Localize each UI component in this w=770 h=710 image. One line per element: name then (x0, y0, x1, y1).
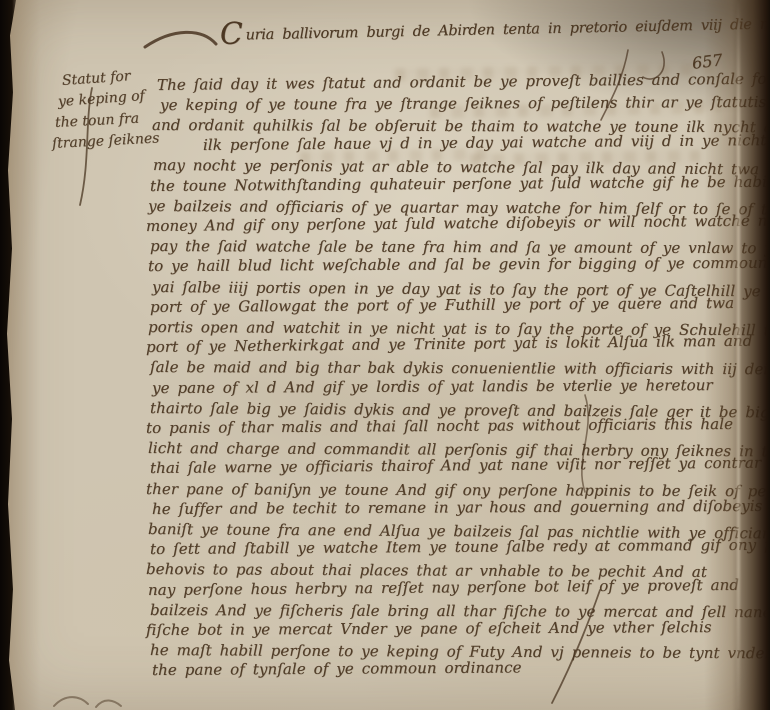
manuscript-line: nay perſone hous herbry na reſſet nay pe… (148, 578, 739, 598)
manuscript-line: port of ye Netherkirkgat and ye Trinite … (146, 334, 753, 355)
marginal-note-line: ſtrange ſeiknes (52, 131, 160, 151)
manuscript-line: to ſett and ſtabill ye watche Item ye to… (150, 538, 770, 557)
manuscript-line: to panis of thar malis and thai ſall noc… (146, 417, 733, 436)
manuscript-line: thai ſale warne ye officiaris thairof An… (150, 455, 770, 476)
manuscript-line: money And gif ony perſone yat ſuld watch… (146, 213, 770, 234)
heading-text: uria ballivorum burgi de Abirden tenta i… (245, 14, 770, 43)
marginal-note-line: ye keping of (58, 89, 146, 109)
heading-line: Curia ballivorum burgi de Abirden tenta … (220, 14, 770, 44)
page-edge-highlight (737, 0, 740, 710)
marginal-note-line: Statut for (62, 69, 131, 88)
manuscript-line: The ſaid day it wes ſtatut and ordanit b… (157, 72, 770, 93)
heading-initial-letter: C (220, 17, 243, 52)
manuscript-line: he ſuffer and be techit to remane in yar… (152, 499, 770, 517)
marginal-note-line: the toun fra (55, 112, 140, 130)
manuscript-line: ye keping of ye toune fra ye ſtrange ſei… (160, 95, 770, 113)
manuscript-line: the toune Notwithſtanding quhateuir perſ… (150, 174, 770, 194)
manuscript-line: ſale be maid and big thar bak dykis conu… (150, 360, 770, 377)
manuscript-line: to ye haill blud licht weſchable and ſal… (148, 255, 770, 274)
manuscript-line: the pane of tynſale of ye commoun ordina… (152, 660, 522, 678)
manuscript-page: Curia ballivorum burgi de Abirden tenta … (0, 0, 770, 710)
manuscript-line: fiſche bot in ye mercat Vnder ye pane of… (146, 620, 712, 638)
ink-fragment (54, 697, 121, 707)
manuscript-line: ye pane of xl d And gif ye lordis of yat… (152, 378, 713, 396)
manuscript-line: port of ye Gallowgat the port of ye Futh… (150, 296, 734, 315)
